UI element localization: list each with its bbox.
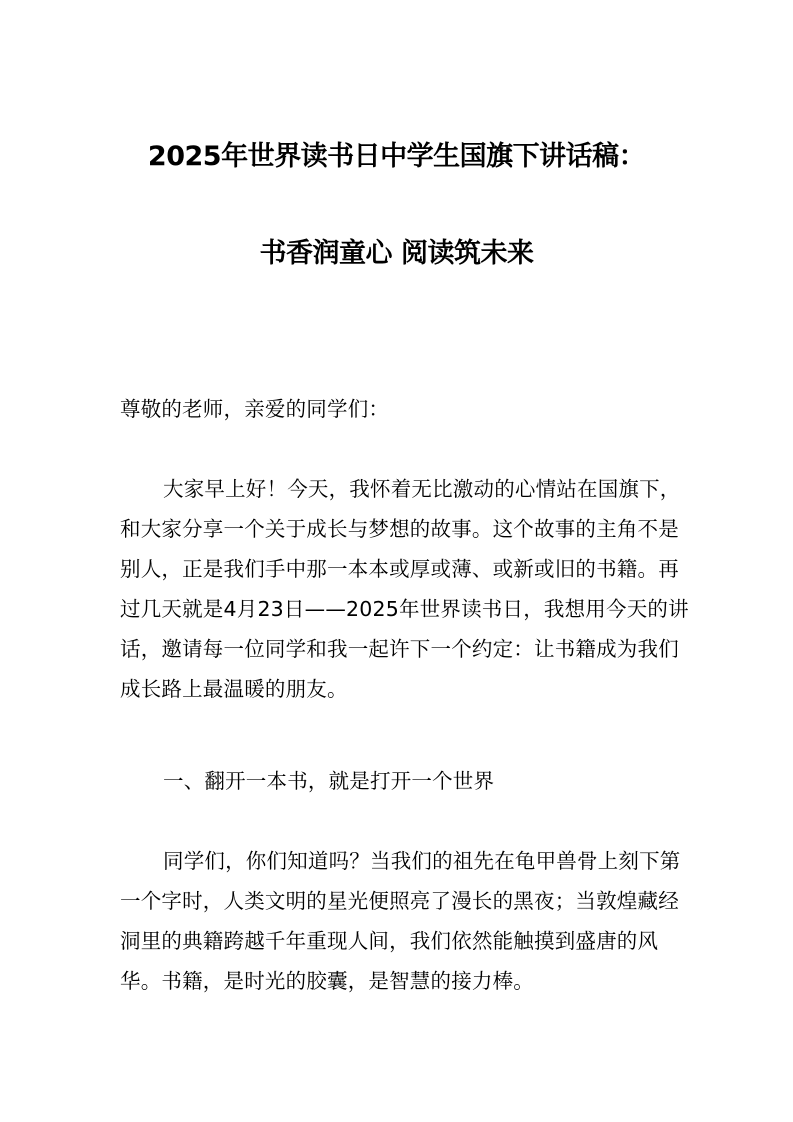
section-heading-1: 一、翻开一本书，就是打开一个世界 — [120, 761, 690, 801]
document-page: 2025年世界读书日中学生国旗下讲话稿： 书香润童心 阅读筑未来 尊敬的老师，亲… — [0, 0, 793, 1122]
greeting: 尊敬的老师，亲爱的同学们： — [120, 389, 690, 429]
section-1-paragraph: 同学们，你们知道吗？当我们的祖先在龟甲兽骨上刻下第一个字时，人类文明的星光便照亮… — [120, 841, 690, 1001]
document-title-line-2: 书香润童心 阅读筑未来 — [0, 231, 793, 270]
document-title-line-1: 2025年世界读书日中学生国旗下讲话稿： — [0, 134, 793, 173]
paragraph-intro: 大家早上好！今天，我怀着无比激动的心情站在国旗下，和大家分享一个关于成长与梦想的… — [120, 469, 690, 709]
